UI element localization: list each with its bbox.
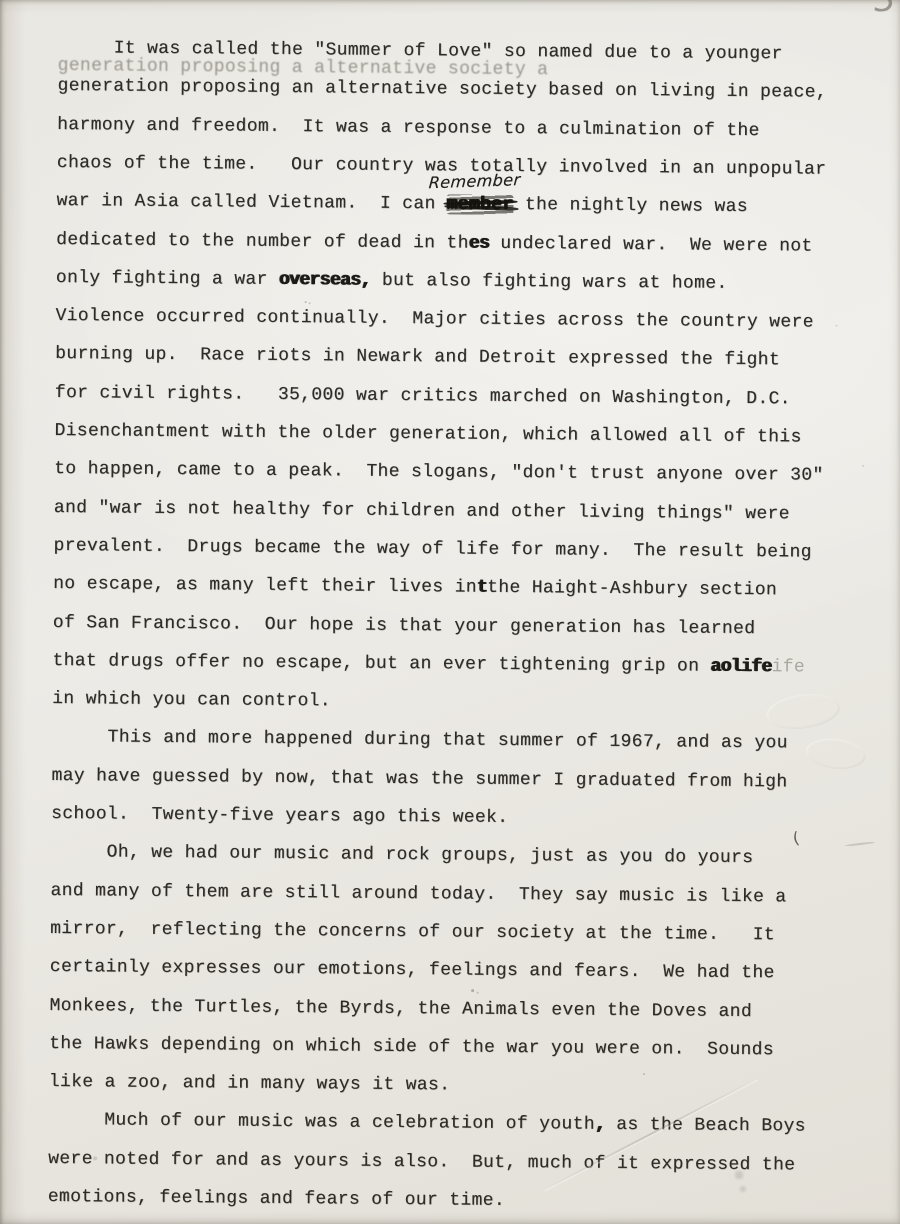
typed-line: the Hawks depending on which side of the… [49,1034,774,1062]
typed-text: and many of them are still around today.… [50,881,786,907]
typed-line: Much of our music was a celebration of y… [48,1110,806,1138]
typed-text: no escape, as many left their lives in [53,574,477,598]
typed-text: Oh, we had our music and rock groups, ju… [51,842,754,868]
typed-text-block: It was called the "Summer of Love" so na… [0,0,900,7]
typed-line: to happen, came to a peak. The slogans, … [54,459,824,487]
typed-line: like a zoo, and in many ways it was. [49,1072,451,1097]
typed-text: school. Twenty-five years ago this week. [51,804,508,828]
typed-text: and "war is not healthy for children and… [54,498,790,524]
typed-text: burning up. Race riots in Newark and Det… [55,344,780,370]
page-number-partial: 3 [874,0,896,20]
ghost-strikeover-line: generation proposing a alternative socie… [58,56,549,82]
typed-line: only fighting a war overseas, but also f… [56,268,728,295]
typed-line: Oh, we had our music and rock groups, ju… [51,842,754,870]
typed-text: only fighting a war [56,268,279,290]
typed-line: This and more happened during that summe… [52,727,788,755]
typed-text: were noted for and as yours is also. But… [48,1149,795,1176]
typed-text: in which you can control. [52,689,331,711]
typed-line: that drugs offer no escape, but an ever … [52,651,805,679]
overstruck-text: , [595,1115,605,1135]
typed-line: and many of them are still around today.… [50,881,786,909]
page-content: It was called the "Summer of Love" so na… [0,0,900,1224]
typed-text: prevalent. Drugs became the way of life … [53,536,811,563]
typed-text: may have guessed by now, that was the su… [51,766,787,792]
pencil-dash-mark [845,841,875,846]
typed-text: the Haight-Ashbury section [487,578,777,601]
typed-text: the Hawks depending on which side of the… [49,1034,774,1060]
typed-text: harmony and freedom. It was a response t… [57,115,760,141]
typed-text: Monkees, the Turtles, the Byrds, the Ani… [49,995,752,1021]
typed-line: in which you can control. [52,689,331,713]
handwritten-correction: Remember [428,170,521,192]
typed-line: and "war is not healthy for children and… [54,498,790,526]
typed-text: Violence occurred continually. Major cit… [55,306,813,333]
typed-text: for civil rights. 35,000 war critics mar… [55,383,791,409]
typed-line: burning up. Race riots in Newark and Det… [55,344,780,372]
typed-line: mirror, reflecting the concerns of our s… [50,919,775,947]
typed-line: certainly expresses our emotions, feelin… [50,957,775,985]
paper-emboss-mark [804,735,867,772]
typed-line: harmony and freedom. It was a response t… [57,115,760,143]
scribbled-out-word: member [447,195,514,216]
typed-text: but also fighting wars at home. [371,271,728,294]
typed-text: war in Asia called Vietnam. I can [56,191,446,214]
faint-ghost-text: ife [772,657,806,677]
typed-text: of San Francisco. Our hope is that your … [53,612,756,638]
pen-mark: ( [791,828,800,848]
typed-text: mirror, reflecting the concerns of our s… [50,919,775,945]
typed-line: for civil rights. 35,000 war critics mar… [55,383,791,411]
typed-line: no escape, as many left their lives intt… [53,574,777,602]
overstruck-text: t [477,578,487,598]
typed-text: to happen, came to a peak. The slogans, … [54,459,824,486]
typed-line: Monkees, the Turtles, the Byrds, the Ani… [49,995,752,1023]
typed-text: Much of our music was a celebration of y… [48,1110,595,1135]
paper-emboss-mark [764,690,842,733]
typed-text: as the Beach Boys [605,1115,806,1137]
scanned-typewritten-page: It was called the "Summer of Love" so na… [0,0,900,1224]
typed-line: may have guessed by now, that was the su… [51,766,787,794]
typed-text: certainly expresses our emotions, feelin… [50,957,775,983]
paper-specks [0,0,2,1]
overstruck-text: aolife [710,656,771,677]
typed-text: that drugs offer no escape, but an ever … [52,651,710,677]
typed-text: This and more happened during that summe… [52,727,788,753]
typed-line: were noted for and as yours is also. But… [48,1149,795,1177]
typed-line: prevalent. Drugs became the way of life … [53,536,811,564]
typed-text: like a zoo, and in many ways it was. [49,1072,451,1096]
typed-text: emotions, feelings and fears of our time… [48,1187,505,1211]
typed-text: Disenchantment with the older generation… [54,421,801,448]
typed-line: Violence occurred continually. Major cit… [55,306,813,334]
overstruck-text: overseas, [279,270,371,291]
typed-line: Disenchantment with the older generation… [54,421,801,449]
typed-line: dedicated to the number of dead in thes … [56,229,813,257]
typed-text: undeclared war. We were not [489,233,813,256]
typed-text: dedicated to the number of dead in th [56,229,469,253]
typed-line: war in Asia called Vietnam. I can member… [56,191,748,219]
typed-line: emotions, feelings and fears of our time… [48,1187,505,1213]
typed-line: school. Twenty-five years ago this week. [51,804,508,830]
overstruck-text: es [469,233,490,253]
typed-text: the nightly news was [514,195,748,217]
typed-line: of San Francisco. Our hope is that your … [53,612,756,640]
